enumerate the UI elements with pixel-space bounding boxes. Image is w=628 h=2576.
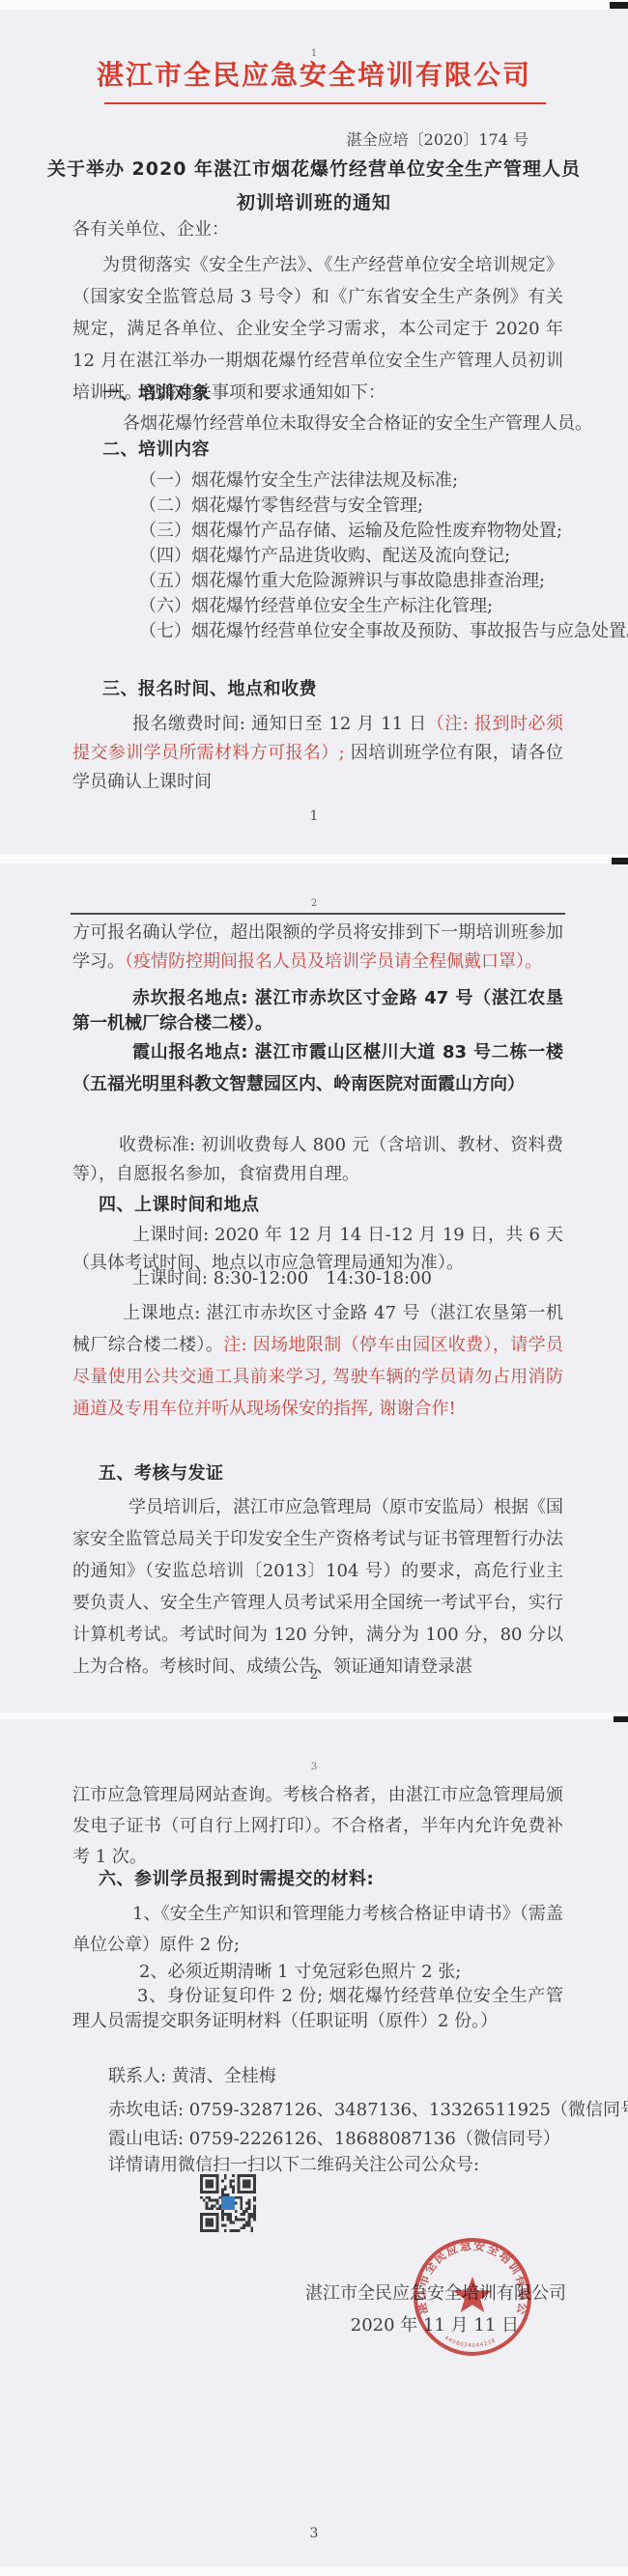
list-item: （四）烟花爆竹产品进货收购、配送及流向登记; xyxy=(139,544,628,569)
continuation-paragraph: 方可报名确认学位，超出限额的学员将安排到下一期培训班参加学习。（疫情防控期间报名… xyxy=(72,919,563,977)
section4-title: 四、上课时间和地点 xyxy=(99,1191,260,1216)
list-item: （七）烟花爆竹经营单位安全事故及预防、事故报告与应急处置。 xyxy=(139,619,628,644)
registration-time-text: 报名缴费时间: 通知日至 12 月 11 日 xyxy=(132,714,427,734)
list-item: （三）烟花爆竹产品存储、运输及危险性废弃物物处置; xyxy=(139,519,628,544)
contact-persons: 联系人: 黄清、全桂梅 xyxy=(108,2061,276,2092)
notice-heading-line2: 初训培训班的通知 xyxy=(0,188,628,214)
training-content-list: （一）烟花爆竹安全生产法律法规及标准; （二）烟花爆竹零售经营与安全管理; （三… xyxy=(139,468,628,644)
class-hours: 上课时间: 8:30-12:00 14:30-18:00 xyxy=(132,1263,432,1294)
chikan-registration-location: 赤坎报名地点: 湛江市赤坎区寸金路 47 号（湛江农垦第一机械厂综合楼二楼）。 xyxy=(72,986,563,1036)
salutation: 各有关单位、企业： xyxy=(72,214,229,245)
seal-star-icon xyxy=(453,2277,492,2312)
page-3: 3 江市应急管理局网站查询。考核合格者，由湛江市应急管理局颁发电子证书（可自行上… xyxy=(0,1719,628,2567)
page-1: 1 湛江市全民应急安全培训有限公司 湛全应培〔2020〕174 号 关于举办 2… xyxy=(0,10,628,854)
material-item-1: 1、《安全生产知识和管理能力考核合格证申请书》（需盖单位公章）原件 2 份; xyxy=(72,1899,563,1961)
material-item-3: 3、身份证复印件 2 份; 烟花爆竹经营单位安全生产管理人员需提交职务证明材料（… xyxy=(72,1984,563,2034)
scan-artifact xyxy=(610,2,628,9)
section2-title: 二、培训内容 xyxy=(102,436,210,461)
list-item: （二）烟花爆竹零售经营与安全管理; xyxy=(139,494,628,519)
seal-number-text: 4408024044218 xyxy=(443,2335,498,2349)
scanned-document: 1 湛江市全民应急安全培训有限公司 湛全应培〔2020〕174 号 关于举办 2… xyxy=(0,0,628,2576)
section5-title: 五、考核与发证 xyxy=(99,1459,224,1485)
page3-number: 3 xyxy=(0,2526,628,2541)
section1-title: 一、培训对象 xyxy=(102,380,210,405)
list-item: （一）烟花爆竹安全生产法律法规及标准; xyxy=(139,468,628,494)
notice-heading-line1: 关于举办 2020 年湛江市烟花爆竹经营单位安全生产管理人员 xyxy=(0,155,628,181)
list-item: （六）烟花爆竹经营单位安全生产标注化管理; xyxy=(139,594,628,619)
page2-top-index: 2 xyxy=(0,898,628,909)
scan-artifact xyxy=(614,1716,628,1722)
page1-number: 1 xyxy=(0,808,628,824)
title-divider-line xyxy=(104,102,546,104)
list-item: （五）烟花爆竹重大危险源辨识与事故隐患排查治理; xyxy=(139,569,628,594)
certificate-paragraph: 江市应急管理局网站查询。考核合格者，由湛江市应急管理局颁发电子证书（可自行上网打… xyxy=(72,1780,563,1873)
registration-paragraph: 报名缴费时间: 通知日至 12 月 11 日（注: 报到时必须提交参训学员所需材… xyxy=(72,710,563,797)
section3-title: 三、报名时间、地点和收费 xyxy=(102,675,317,700)
company-title: 湛江市全民应急安全培训有限公司 xyxy=(0,54,628,93)
covid-note-red: （疫情防控期间报名人员及培训学员请全程佩戴口罩）。 xyxy=(125,951,542,972)
qr-hint: 详情请用微信扫一扫以下二维码关注公司公众号: xyxy=(108,2150,479,2181)
svg-text:4408024044218: 4408024044218 xyxy=(443,2335,498,2349)
page-2: 2 方可报名确认学位，超出限额的学员将安排到下一期培训班参加学习。（疫情防控期间… xyxy=(0,863,628,1713)
page2-number: 2 xyxy=(0,1667,628,1683)
chikan-phone: 赤坎电话: 0759-3287126、3487136、13326511925（微… xyxy=(108,2095,628,2126)
fee-paragraph: 收费标准: 初训收费每人 800 元（含培训、教材、资料费等），自愿报名参加，食… xyxy=(72,1131,563,1189)
xiashan-registration-location: 霞山报名地点: 湛江市霞山区椹川大道 83 号二栋一楼（五福光明里科教文智慧园区… xyxy=(72,1036,563,1100)
page2-header-rule xyxy=(71,913,565,915)
section6-title: 六、参训学员报到时需提交的材料: xyxy=(99,1865,374,1890)
class-place-paragraph: 上课地点: 湛江市赤坎区寸金路 47 号（湛江农垦第一机械厂综合楼二楼）。注: … xyxy=(72,1297,563,1425)
assessment-paragraph: 学员培训后，湛江市应急管理局（原市安监局）根据《国家安全监管总局关于印发安全生产… xyxy=(72,1491,563,1683)
page3-top-index: 3 xyxy=(0,1762,628,1772)
company-seal-stamp: 湛江市全民应急安全培训有限公司 4408024044218 xyxy=(411,2235,534,2359)
doc-number: 湛全应培〔2020〕174 号 xyxy=(347,127,528,150)
scan-artifact xyxy=(612,858,628,864)
wechat-qr-code xyxy=(200,2174,256,2232)
